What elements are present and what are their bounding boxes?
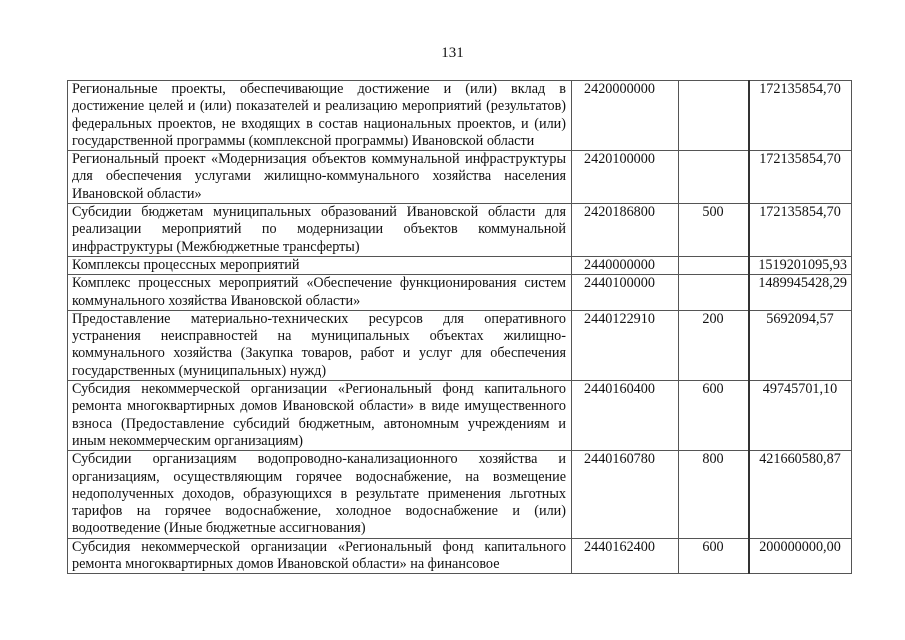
row-amount: 5692094,57 bbox=[749, 310, 852, 380]
row-description: Региональный проект «Модернизация объект… bbox=[68, 151, 572, 204]
row-description: Комплексы процессных мероприятий bbox=[68, 256, 572, 274]
row-description: Предоставление материально-технических р… bbox=[68, 310, 572, 380]
table-row: Региональные проекты, обеспечивающие дос… bbox=[68, 81, 852, 151]
row-amount: 49745701,10 bbox=[749, 381, 852, 451]
table-row: Комплексы процессных мероприятий 2440000… bbox=[68, 256, 852, 274]
row-expense-type: 600 bbox=[679, 538, 750, 574]
row-expense-type bbox=[679, 275, 750, 311]
row-expense-type: 500 bbox=[679, 204, 750, 257]
row-expense-type: 600 bbox=[679, 381, 750, 451]
row-amount: 172135854,70 bbox=[749, 81, 852, 151]
row-amount: 1519201095,93 bbox=[749, 256, 852, 274]
row-amount: 1489945428,29 bbox=[749, 275, 852, 311]
row-target-code: 2440000000 bbox=[572, 256, 679, 274]
row-target-code: 2440122910 bbox=[572, 310, 679, 380]
table-row: Предоставление материально-технических р… bbox=[68, 310, 852, 380]
table-row: Субсидия некоммерческой организации «Рег… bbox=[68, 381, 852, 451]
row-target-code: 2420186800 bbox=[572, 204, 679, 257]
row-description: Субсидия некоммерческой организации «Рег… bbox=[68, 538, 572, 574]
row-target-code: 2420000000 bbox=[572, 81, 679, 151]
row-target-code: 2420100000 bbox=[572, 151, 679, 204]
row-expense-type bbox=[679, 81, 750, 151]
table-row: Субсидия некоммерческой организации «Рег… bbox=[68, 538, 852, 574]
page-number: 131 bbox=[0, 44, 905, 62]
row-target-code: 2440100000 bbox=[572, 275, 679, 311]
row-target-code: 2440162400 bbox=[572, 538, 679, 574]
row-description: Комплекс процессных мероприятий «Обеспеч… bbox=[68, 275, 572, 311]
row-amount: 200000000,00 bbox=[749, 538, 852, 574]
row-expense-type: 800 bbox=[679, 451, 750, 538]
table-row: Комплекс процессных мероприятий «Обеспеч… bbox=[68, 275, 852, 311]
row-expense-type bbox=[679, 151, 750, 204]
row-description: Субсидия некоммерческой организации «Рег… bbox=[68, 381, 572, 451]
budget-table: Региональные проекты, обеспечивающие дос… bbox=[67, 80, 852, 574]
table-row: Субсидии бюджетам муниципальных образова… bbox=[68, 204, 852, 257]
row-description: Субсидии бюджетам муниципальных образова… bbox=[68, 204, 572, 257]
row-expense-type: 200 bbox=[679, 310, 750, 380]
row-expense-type bbox=[679, 256, 750, 274]
row-amount: 172135854,70 bbox=[749, 204, 852, 257]
row-target-code: 2440160400 bbox=[572, 381, 679, 451]
row-amount: 172135854,70 bbox=[749, 151, 852, 204]
table-row: Субсидии организациям водопроводно-канал… bbox=[68, 451, 852, 538]
row-amount: 421660580,87 bbox=[749, 451, 852, 538]
row-description: Субсидии организациям водопроводно-канал… bbox=[68, 451, 572, 538]
row-description: Региональные проекты, обеспечивающие дос… bbox=[68, 81, 572, 151]
table-row: Региональный проект «Модернизация объект… bbox=[68, 151, 852, 204]
row-target-code: 2440160780 bbox=[572, 451, 679, 538]
